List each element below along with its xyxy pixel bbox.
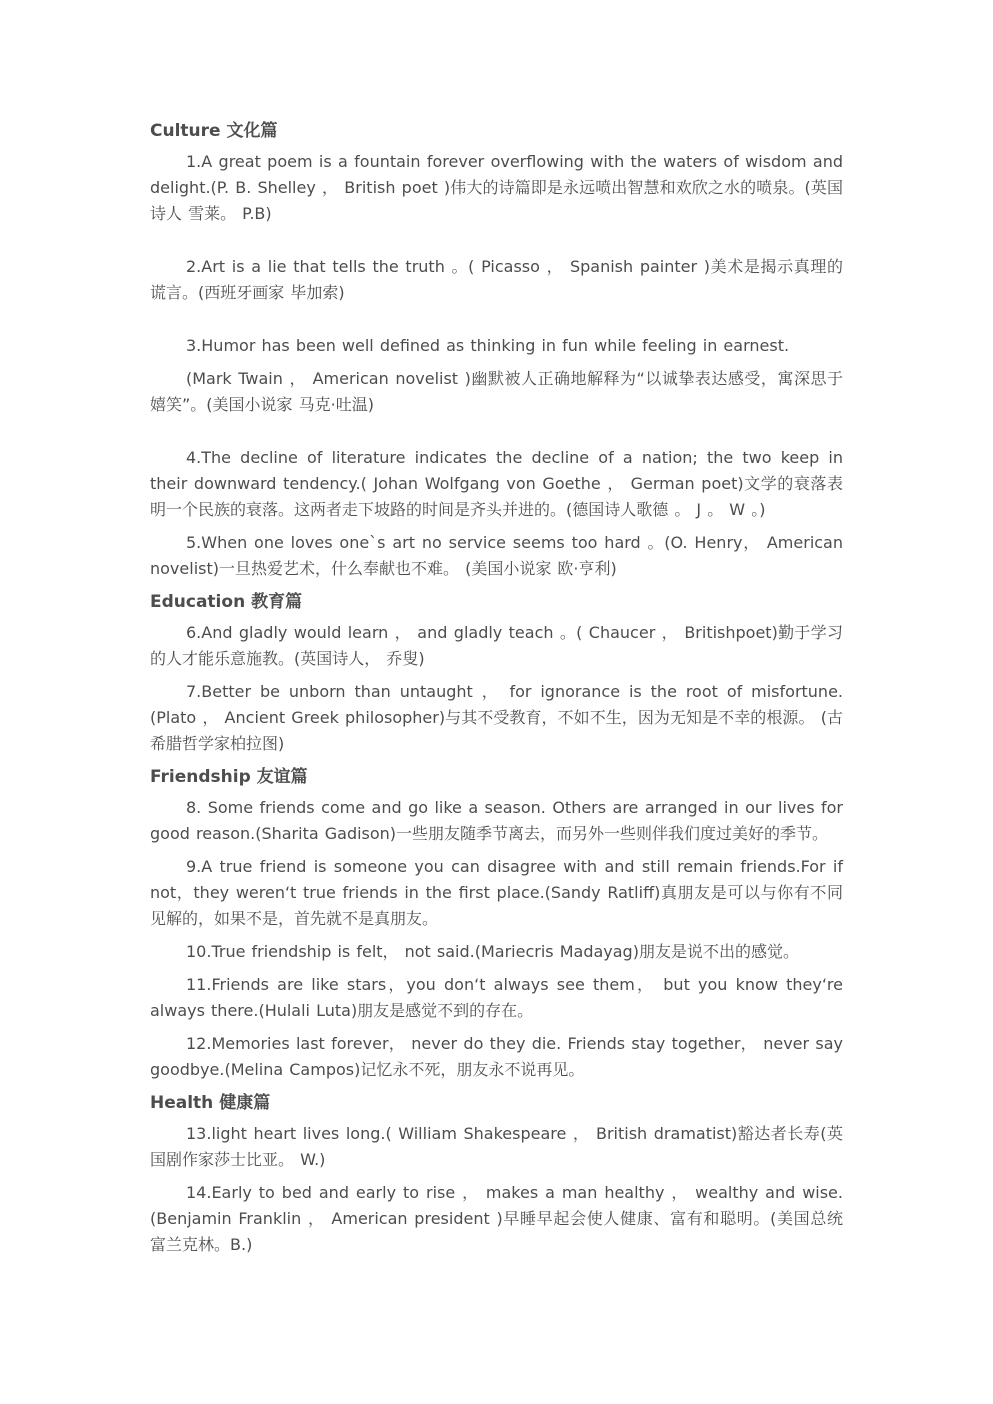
- section-education: Education 教育篇 6.And gladly would learn ，…: [150, 589, 843, 757]
- quote-4: 4.The decline of literature indicates th…: [150, 445, 843, 523]
- quote-6: 6.And gladly would learn ， and gladly te…: [150, 620, 843, 672]
- heading-friendship: Friendship 友谊篇: [150, 764, 843, 790]
- section-friendship: Friendship 友谊篇 8. Some friends come and …: [150, 764, 843, 1083]
- blank-line: [150, 425, 843, 445]
- quote-13: 13.light heart lives long.( William Shak…: [150, 1121, 843, 1173]
- heading-education: Education 教育篇: [150, 589, 843, 615]
- heading-culture: Culture 文化篇: [150, 118, 843, 144]
- section-health: Health 健康篇 13.light heart lives long.( W…: [150, 1090, 843, 1258]
- quote-7: 7.Better be unborn than untaught ， for i…: [150, 679, 843, 757]
- blank-line: [150, 313, 843, 333]
- quote-10: 10.True friendship is felt， not said.(Ma…: [150, 939, 843, 965]
- quote-14: 14.Early to bed and early to rise ， make…: [150, 1180, 843, 1258]
- quote-1: 1.A great poem is a fountain forever ove…: [150, 149, 843, 227]
- quote-2: 2.Art is a lie that tells the truth 。( P…: [150, 254, 843, 306]
- quote-3-attribution: (Mark Twain ， American novelist )幽默被人正确地…: [150, 366, 843, 418]
- quote-5: 5.When one loves one`s art no service se…: [150, 530, 843, 582]
- blank-line: [150, 234, 843, 254]
- document-page: Culture 文化篇 1.A great poem is a fountain…: [0, 0, 993, 1404]
- quote-8: 8. Some friends come and go like a seaso…: [150, 795, 843, 847]
- quote-9: 9.A true friend is someone you can disag…: [150, 854, 843, 932]
- quote-12: 12.Memories last forever， never do they …: [150, 1031, 843, 1083]
- section-culture: Culture 文化篇 1.A great poem is a fountain…: [150, 118, 843, 582]
- heading-health: Health 健康篇: [150, 1090, 843, 1116]
- quote-11: 11.Friends are like stars，you don‘t alwa…: [150, 972, 843, 1024]
- quote-3: 3.Humor has been well defined as thinkin…: [150, 333, 843, 359]
